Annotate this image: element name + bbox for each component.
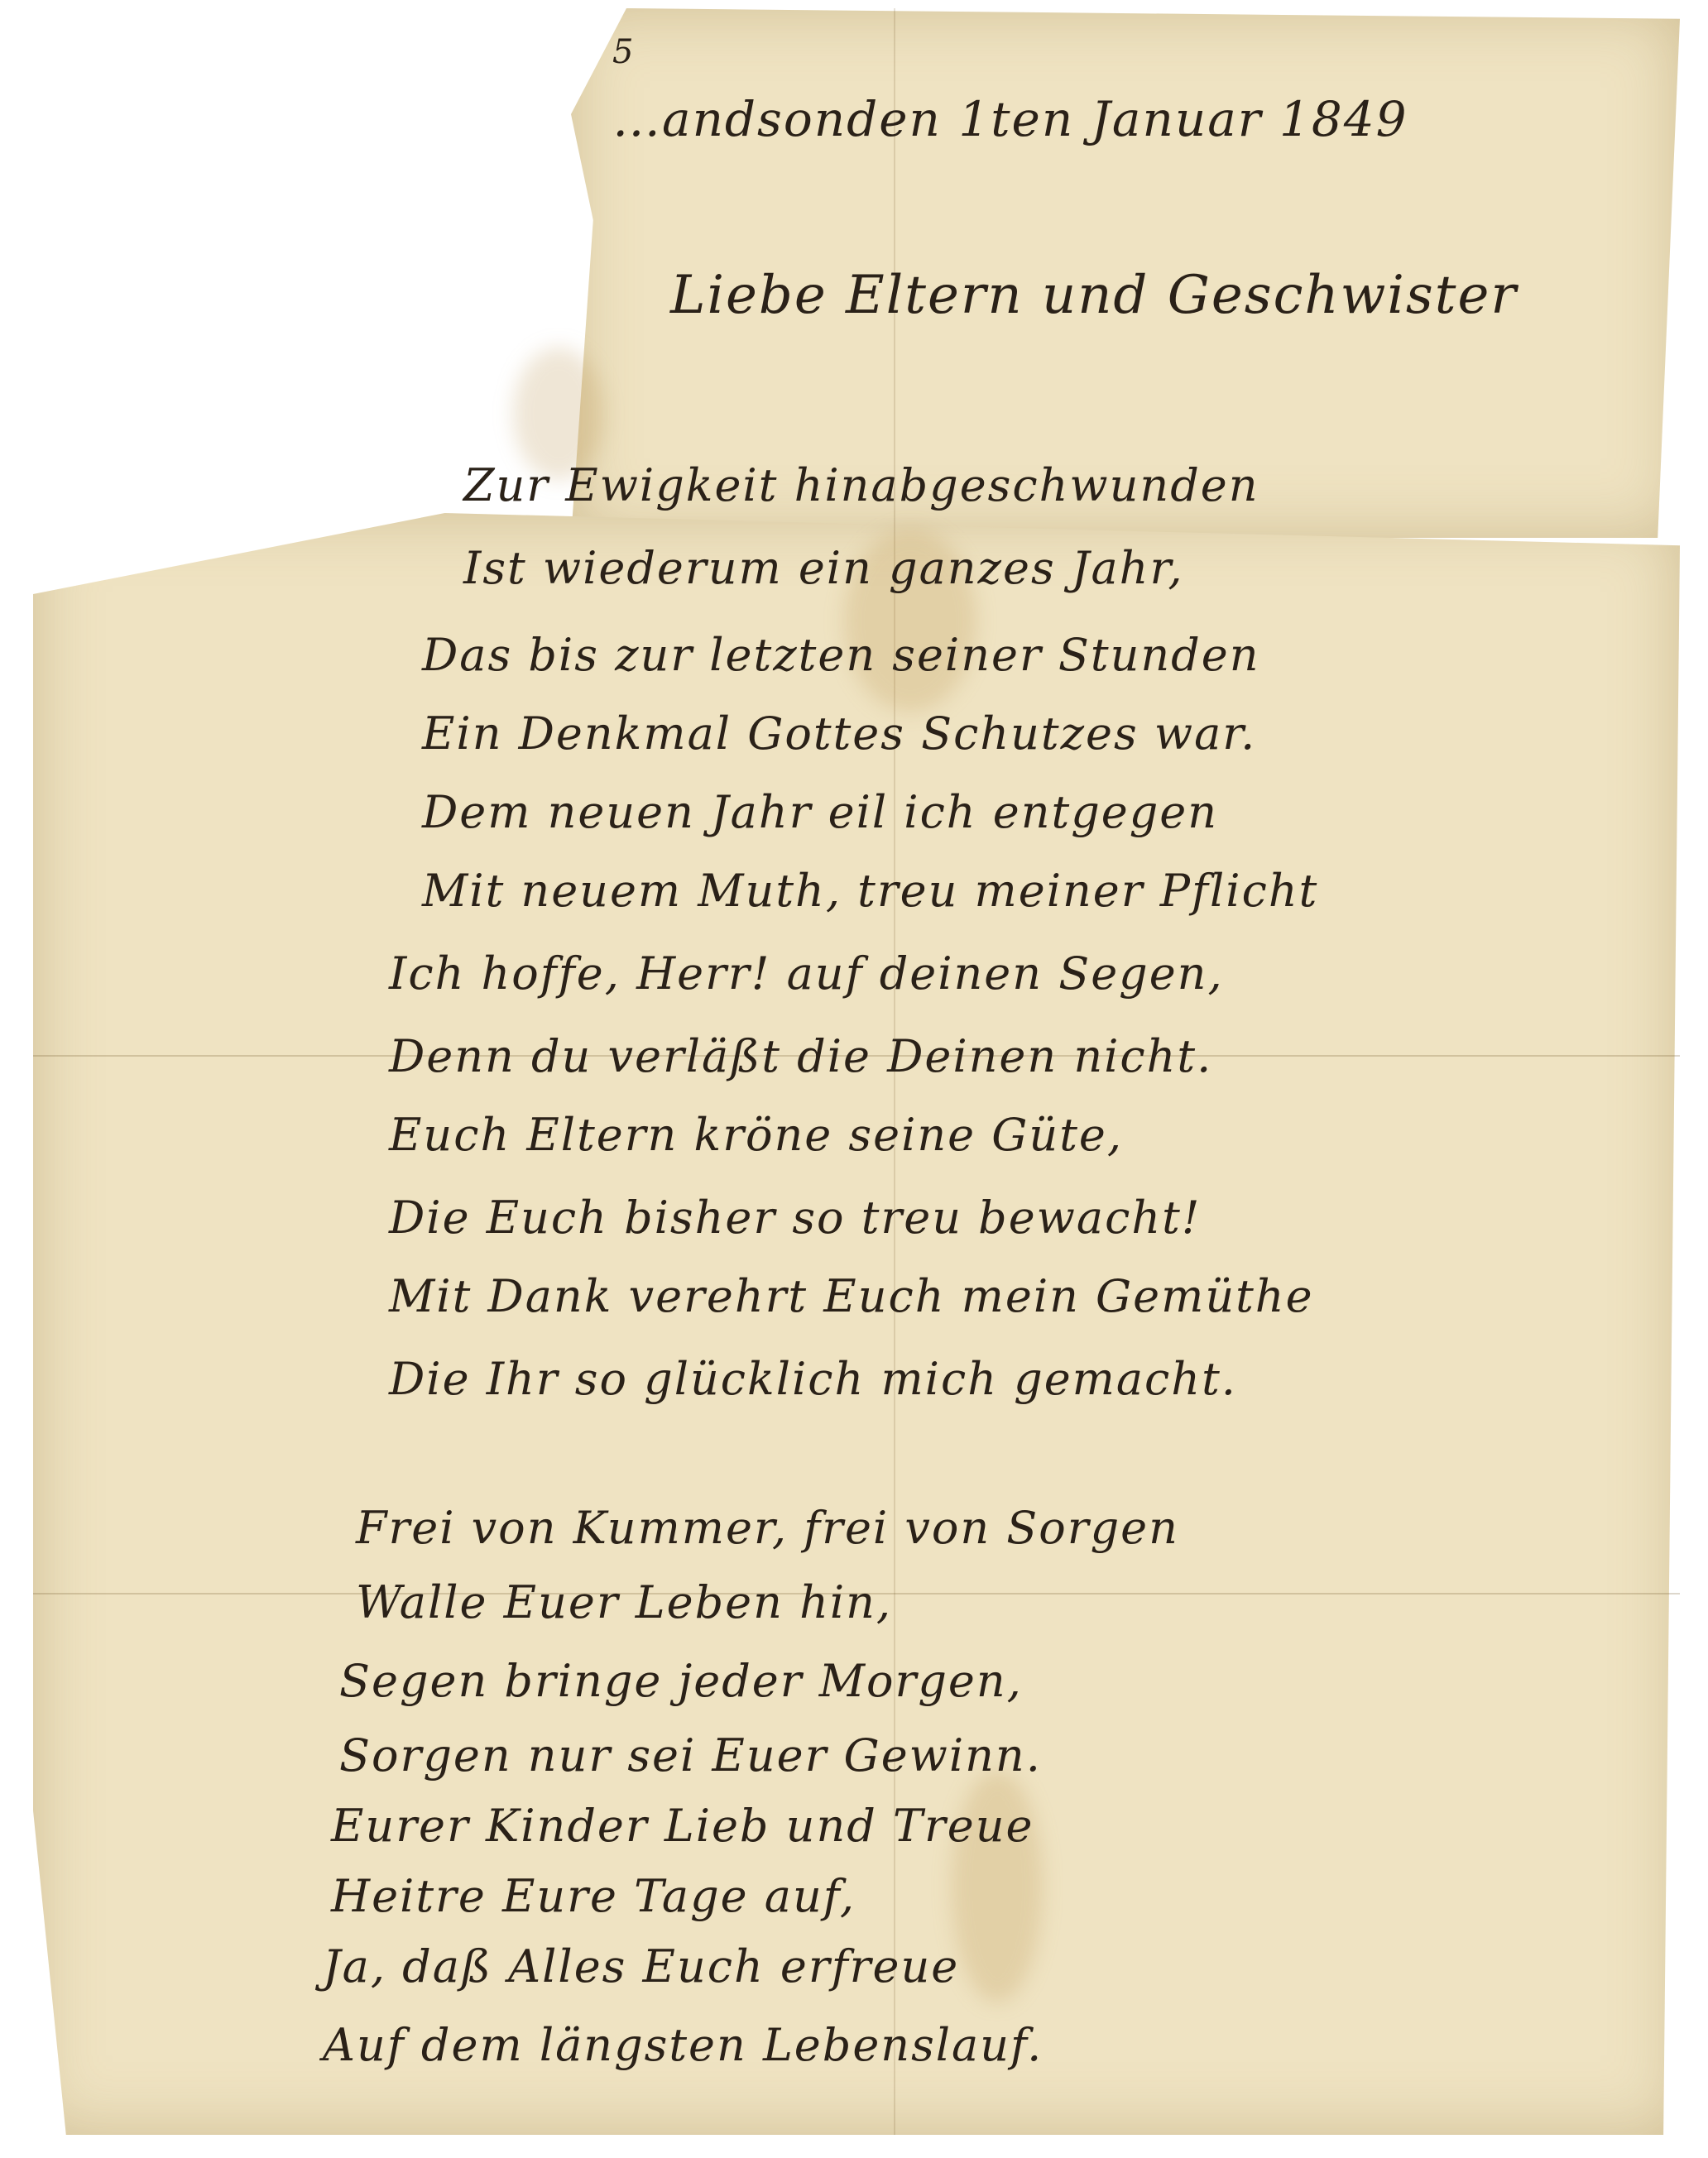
verse-line: Sorgen nur sei Euer Gewinn. [339, 1729, 1042, 1782]
verse-line: Heitre Eure Tage auf, [331, 1870, 856, 1922]
place-date: …andsonden 1ten Januar 1849 [612, 91, 1408, 147]
verse-line: Frei von Kummer, frei von Sorgen [356, 1502, 1179, 1554]
verse-line: Das bis zur letzten seiner Stunden [422, 629, 1259, 681]
page-number: 5 [612, 33, 633, 71]
verse-line: Eurer Kinder Lieb und Treue [331, 1800, 1034, 1852]
verse-line: Die Ihr so glücklich mich gemacht. [389, 1353, 1237, 1405]
verse-line: Denn du verläßt die Deinen nicht. [389, 1030, 1212, 1082]
verse-line: Walle Euer Leben hin, [356, 1576, 892, 1628]
verse-line: Mit Dank verehrt Euch mein Gemüthe [389, 1270, 1314, 1322]
verse-line: Dem neuen Jahr eil ich entgegen [422, 786, 1218, 838]
salutation: Liebe Eltern und Geschwister [670, 265, 1518, 326]
verse-line: Ein Denkmal Gottes Schutzes war. [422, 707, 1256, 760]
verse-line: Ja, daß Alles Euch erfreue [323, 1940, 959, 1993]
verse-line: Mit neuem Muth, treu meiner Pflicht [422, 865, 1318, 917]
verse-line: Ich hoffe, Herr! auf deinen Segen, [389, 947, 1224, 1000]
verse-line: Die Euch bisher so treu bewacht! [389, 1192, 1202, 1244]
verse-line: Segen bringe jeder Morgen, [339, 1655, 1023, 1707]
verse-line: Zur Ewigkeit hinabgeschwunden [463, 459, 1259, 511]
verse-line: Auf dem längsten Lebenslauf. [323, 2019, 1043, 2071]
verse-line: Ist wiederum ein ganzes Jahr, [463, 542, 1184, 594]
verse-line: Euch Eltern kröne seine Güte, [389, 1109, 1123, 1161]
